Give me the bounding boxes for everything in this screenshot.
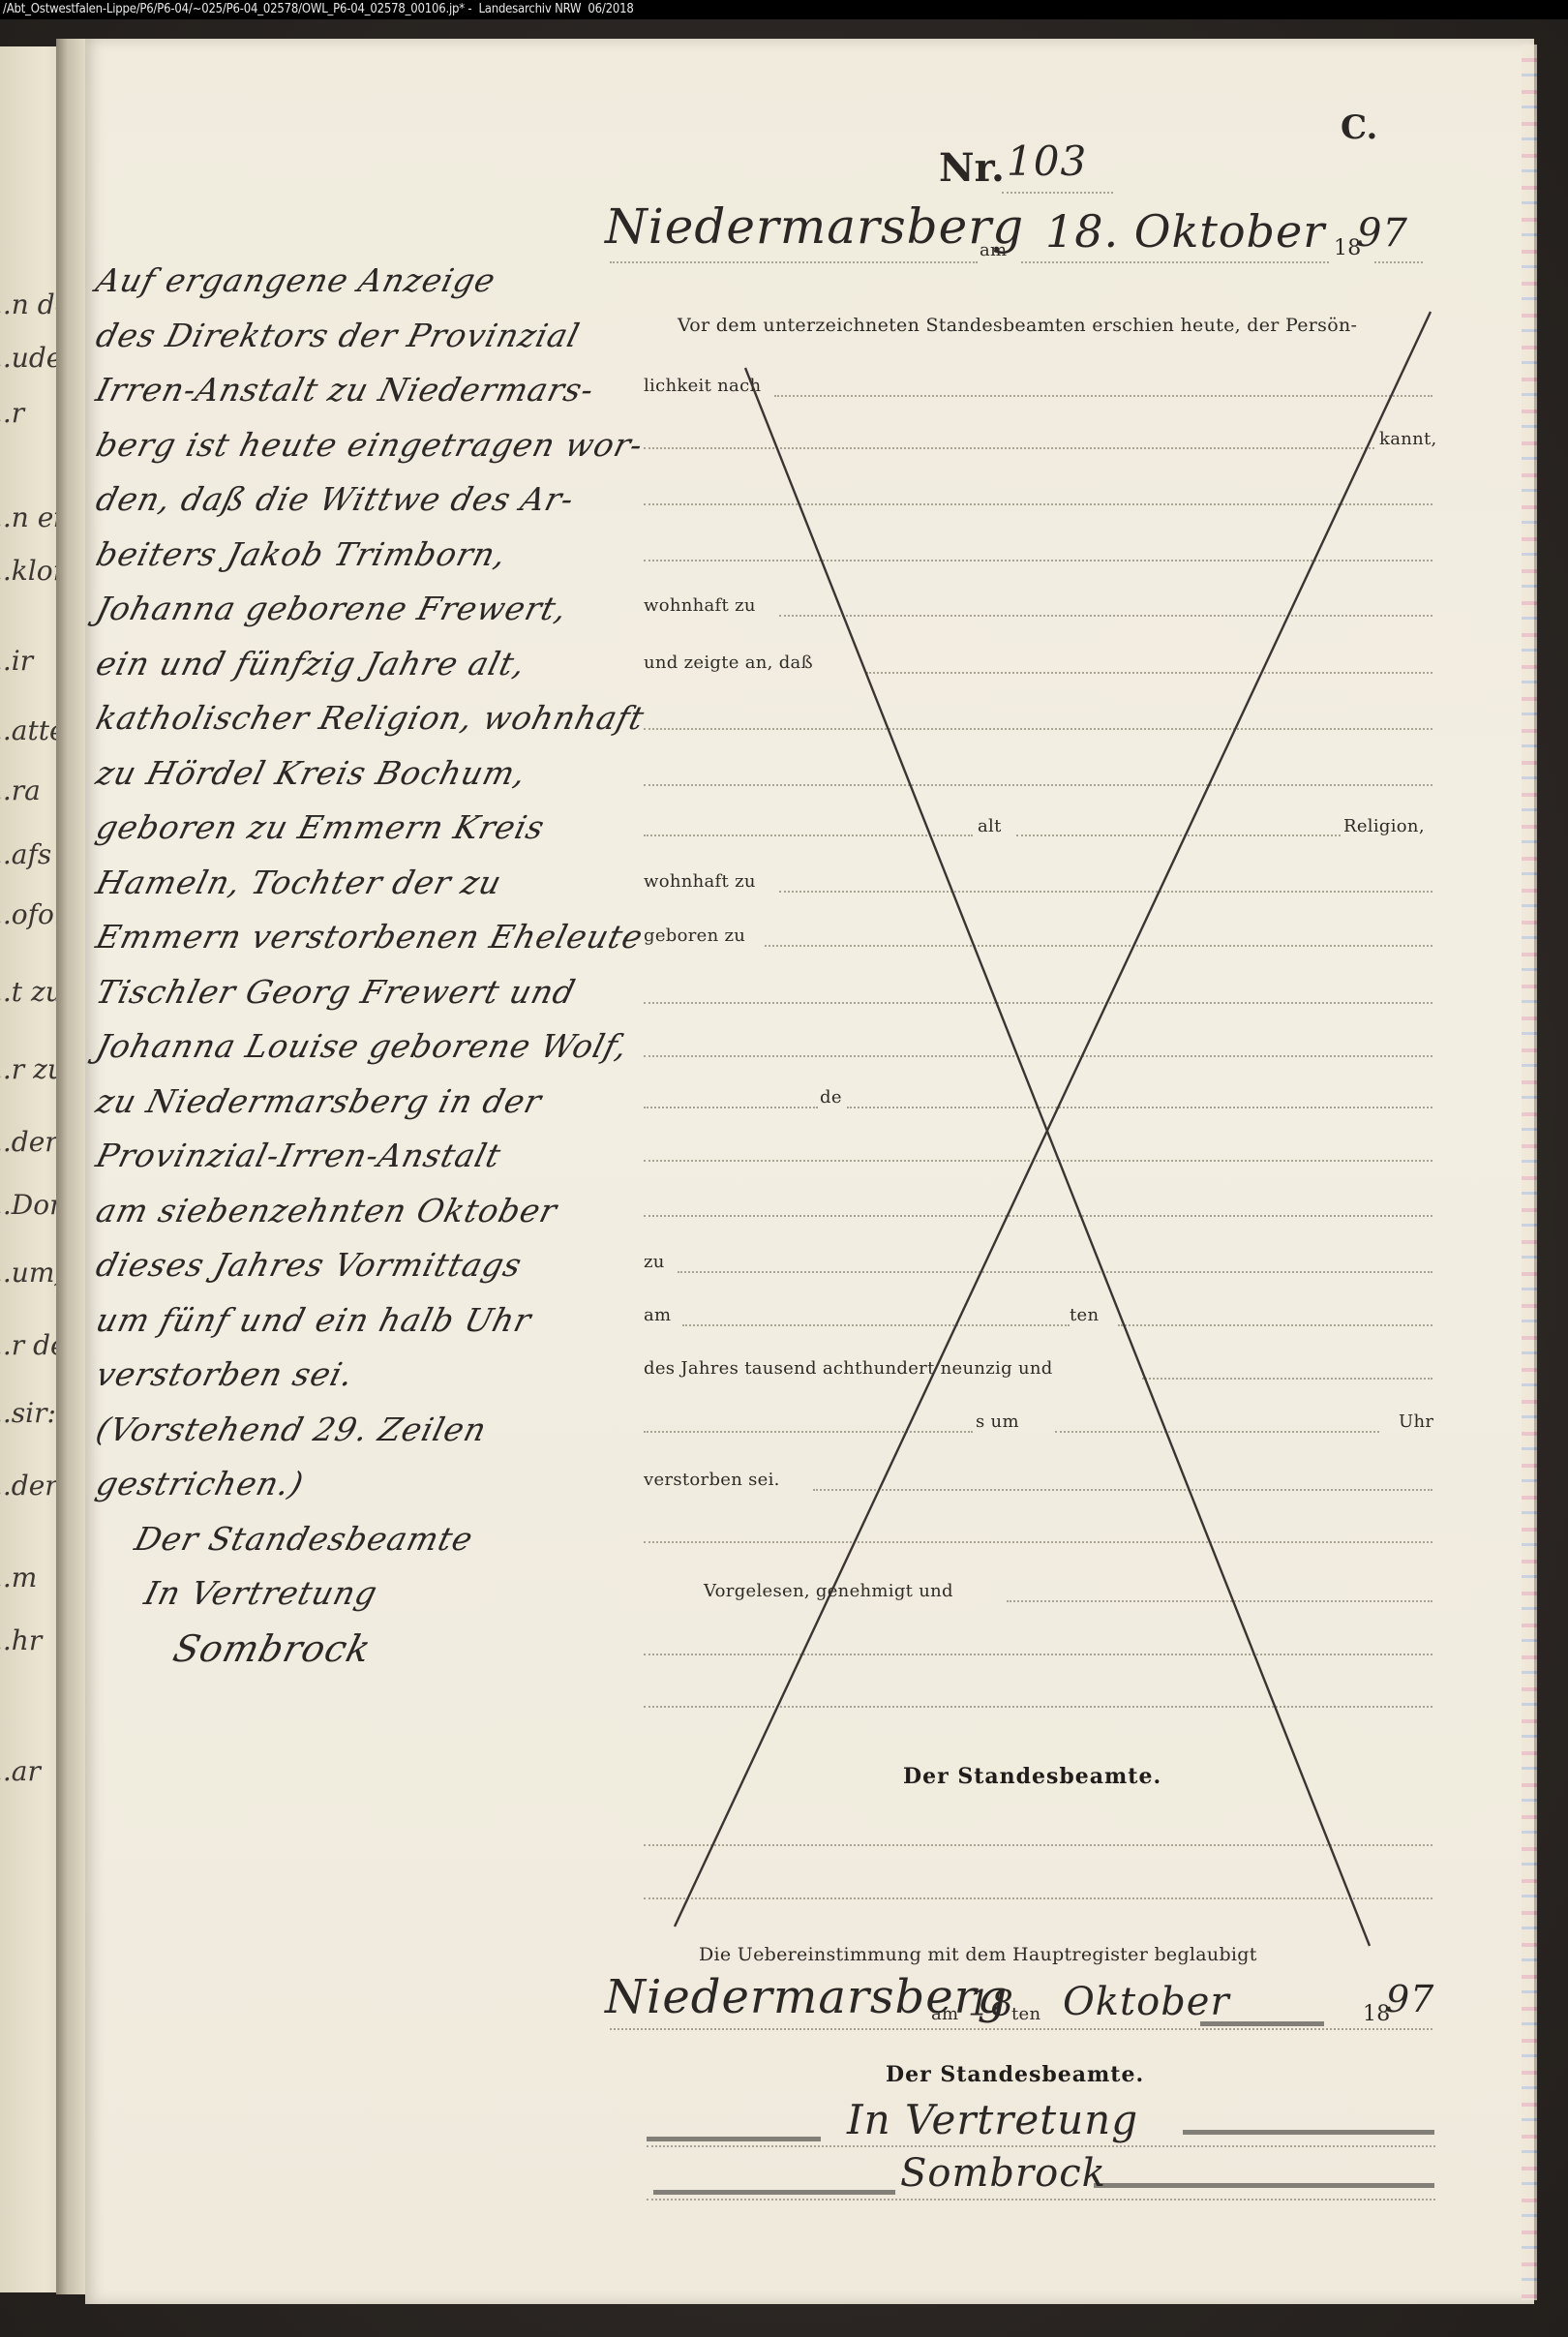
rule [1021,261,1329,263]
facing-text: ..afs [0,838,51,870]
margin-line: geboren zu Emmern Kreis [90,801,646,856]
fill-rule [1016,835,1341,836]
margin-line: am siebenzehnten Oktober [90,1184,646,1239]
certification-am-label: am [931,2004,958,2024]
label-und-zeigte-an: und zeigte an, daß [644,653,813,673]
certification-signature-vertretung: In Vertretung [847,2096,1138,2143]
label-wohnhaft-zu-2: wohnhaft zu [644,871,756,892]
facing-text: ..m [0,1562,37,1593]
margin-line: ein und fünfzig Jahre alt, [90,637,646,692]
label-ten: ten [1070,1305,1099,1325]
label-des-jahres: des Jahres tausend achthundert neunzig u… [644,1358,1053,1379]
facing-text: ..r [0,397,24,429]
rule [1374,261,1423,263]
fill-rule [1118,1324,1432,1326]
fill-rule [644,1654,1432,1655]
label-s-um: s um [976,1411,1019,1432]
certification-year-suffix: 97 [1386,1978,1434,2020]
margin-signature-title: Der Standesbeamte [90,1512,646,1567]
fill-rule [644,503,1432,505]
fill-rule [644,835,973,836]
form-signature-title: Der Standesbeamte. [903,1764,1161,1789]
facing-text: ..ir [0,645,33,677]
fill-rule [644,784,1432,786]
fill-rule [866,672,1432,674]
header-place: Niedermarsberg [605,198,1024,255]
margin-line: um fünf und ein halb Uhr [90,1293,646,1349]
page-edge [1522,45,1537,2300]
fill-rule [644,1002,1432,1004]
label-uhr: Uhr [1399,1411,1433,1432]
fill-dash [1200,2021,1324,2026]
margin-line: verstorben sei. [90,1348,646,1403]
label-religion: Religion, [1343,816,1425,836]
header-year-suffix: 97 [1357,211,1408,256]
label-kannt: kannt, [1379,429,1437,449]
fill-dash [1094,2183,1434,2188]
margin-line: Irren-Anstalt zu Niedermars- [90,363,646,418]
margin-line: dieses Jahres Vormittags [90,1238,646,1293]
facing-text: ..r zu [0,1053,65,1085]
margin-line: katholischer Religion, wohnhaft [90,691,646,746]
fill-rule [644,1541,1432,1543]
fill-rule [644,560,1432,561]
fill-rule [644,728,1432,730]
label-verstorben-sei: verstorben sei. [644,1470,780,1490]
fill-rule [644,447,1374,449]
number-rule [1002,192,1113,194]
fill-rule [813,1489,1432,1491]
facing-text: ..sir: [0,1397,56,1429]
number-label: Nr. [939,145,1005,191]
signature-rule [644,1897,1432,1899]
margin-line: den, daß die Wittwe des Ar- [90,472,646,528]
margin-line: Tischler Georg Frewert und [90,965,646,1020]
margin-line: berg ist heute eingetragen wor- [90,418,646,473]
margin-line: zu Niedermarsberg in der [90,1075,646,1130]
label-vorgelesen: Vorgelesen, genehmigt und [704,1581,953,1601]
book-gutter [56,39,89,2294]
fill-rule [847,1107,1432,1108]
label-wohnhaft-zu: wohnhaft zu [644,595,756,616]
margin-line: zu Hördel Kreis Bochum, [90,746,646,802]
margin-line: Hameln, Tochter der zu [90,856,646,911]
signature-rule [647,2145,1435,2147]
fill-rule [779,891,1432,893]
fill-dash [1183,2130,1434,2135]
label-zu: zu [644,1252,665,1272]
certification-signature-title: Der Standesbeamte. [886,2062,1144,2087]
fill-rule [774,395,1432,397]
label-alt: alt [978,816,1002,836]
fill-rule [644,1215,1432,1217]
margin-signature-name: Sombrock [90,1622,646,1677]
fill-rule [765,945,1432,947]
fill-rule [1142,1378,1432,1380]
signature-rule [644,1844,1432,1846]
section-letter: C. [1341,108,1377,147]
certification-month: Oktober [1063,1980,1230,2024]
fill-rule [682,1324,1070,1326]
fill-rule [779,615,1432,617]
facing-text: ..hr [0,1624,42,1656]
margin-line: des Direktors der Provinzial [90,309,646,364]
margin-line: Provinzial-Irren-Anstalt [90,1129,646,1184]
register-number: 103 [1007,137,1087,185]
facing-text: ..der [0,1470,58,1502]
fill-dash [647,2137,821,2141]
label-de: de [820,1087,842,1108]
margin-line: gestrichen.) [90,1457,646,1512]
certification-signature-name: Sombrock [900,2151,1106,2196]
margin-note: Auf ergangene Anzeige des Direktors der … [97,254,639,1676]
margin-line: (Vorstehend 29. Zeilen [90,1403,646,1458]
margin-line: Johanna Louise geborene Wolf, [90,1019,646,1075]
margin-signature-vertretung: In Vertretung [90,1566,646,1622]
facing-text: ..ra [0,774,41,806]
rule [610,261,978,263]
fill-rule [1055,1431,1379,1433]
fill-rule [644,1431,973,1433]
certification-day: 18 [968,1985,1014,2024]
facing-text: ..t zu [0,976,63,1008]
label-geboren-zu: geboren zu [644,926,745,946]
fill-rule [1007,1600,1432,1602]
fill-rule [644,1055,1432,1057]
signature-rule [647,2199,1435,2200]
label-am: am [644,1305,671,1325]
fill-rule [678,1271,1432,1273]
fill-rule [644,1706,1432,1708]
fill-dash [653,2190,895,2195]
label-lichkeit-nach: lichkeit nach [644,376,761,396]
margin-line: Johanna geborene Frewert, [90,582,646,637]
facing-text: ..ofo: [0,898,63,930]
header-date: 18. Oktober [1045,205,1325,258]
fill-rule [644,1160,1432,1162]
fill-rule [610,2028,1432,2030]
certification-ten-label: ten [1011,2004,1040,2024]
margin-line: beiters Jakob Trimborn, [90,528,646,583]
facing-text: ..ar [0,1755,41,1787]
fill-rule [644,1107,818,1108]
header-am-label: am [980,240,1007,260]
margin-line: Auf ergangene Anzeige [90,254,646,309]
window-title: /Abt_Ostwestfalen-Lippe/P6/P6-04/~025/P6… [0,0,1568,19]
margin-line: Emmern verstorbenen Eheleute [90,910,646,965]
form-intro: Vor dem unterzeichneten Standesbeamten e… [678,315,1357,336]
certification-statement: Die Uebereinstimmung mit dem Hauptregist… [699,1944,1257,1965]
